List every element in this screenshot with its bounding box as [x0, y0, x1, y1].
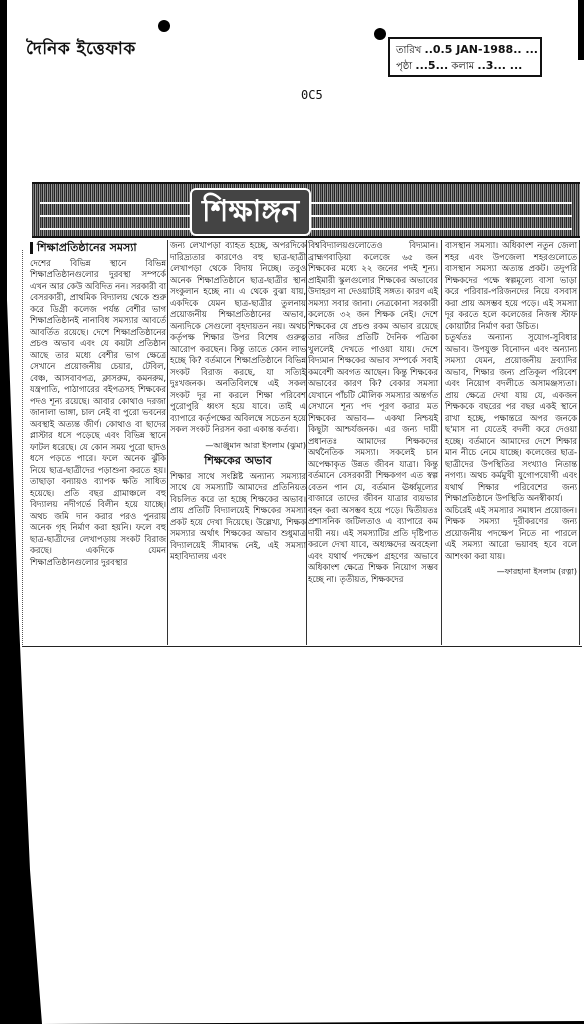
- punch-hole: [158, 20, 170, 32]
- article1-byline: —আঞ্জুমান আরা ইসলাম (ঝুমা): [170, 440, 306, 452]
- stamp-column-label: কলাম: [451, 61, 474, 72]
- stamp-page-label: পৃষ্ঠা: [396, 61, 412, 72]
- clipping-bottom-edge: [22, 646, 582, 647]
- column-4: বাসস্থান সমস্যা। অধিকাংশ নতুন জেলা শহর এ…: [445, 240, 577, 582]
- column-divider: [579, 240, 580, 645]
- column-divider: [306, 240, 307, 645]
- stamp-page-row: পৃষ্ঠা ...5... কলাম ..3... ...: [396, 58, 534, 74]
- article1-body-part2: জন্য লেখাপড়া ব্যাহত হচ্ছে, অপরদিকে দারি…: [170, 240, 306, 436]
- article2-byline: —ফারহানা ইসলাম (রত্না): [445, 566, 577, 578]
- article2-body-part2: বিশ্ববিদ্যালয়গুলোতেও বিদ্যমান। ব্রাহ্মণ…: [308, 240, 438, 585]
- stamp-date-label: তারিখ: [396, 45, 421, 56]
- column-1: শিক্ষাপ্রতিষ্ঠানের সমস্যা দেশের বিভিন্ন …: [30, 240, 166, 568]
- article2-body-part1: শিক্ষার সাথে সংশ্লিষ্ট অন্যান্য সমস্যার …: [170, 471, 306, 563]
- column-2: জন্য লেখাপড়া ব্যাহত হচ্ছে, অপরদিকে দারি…: [170, 240, 306, 563]
- section-banner: শিক্ষাঙ্গন: [32, 182, 580, 238]
- article2-body-part4: চতুর্থতঃ অন্যান্য সুযোগ-সুবিধার অভাব। উপ…: [445, 332, 577, 505]
- column-divider: [441, 240, 442, 645]
- archive-code: 0C5: [301, 88, 323, 102]
- column-3: বিশ্ববিদ্যালয়গুলোতেও বিদ্যমান। ব্রাহ্মণ…: [308, 240, 438, 585]
- article1-body-part1: দেশের বিভিন্ন স্থানে বিভিন্ন শিক্ষাপ্রতি…: [30, 258, 166, 569]
- punch-hole: [374, 28, 386, 40]
- article2-headline: শিক্ষকের অভাব: [170, 455, 306, 467]
- article1-headline: শিক্ষাপ্রতিষ্ঠানের সমস্যা: [30, 242, 166, 254]
- stamp-page-value: ...5...: [415, 59, 448, 72]
- scan-border-left: [0, 0, 8, 1024]
- newspaper-clipping: শিক্ষাঙ্গন শিক্ষাপ্রতিষ্ঠানের সমস্যা দেশ…: [22, 182, 582, 654]
- stamp-date-value: ..0.5 JAN-1988.. ...: [425, 43, 538, 56]
- column-edge: [22, 250, 25, 645]
- article-columns: শিক্ষাপ্রতিষ্ঠানের সমস্যা দেশের বিভিন্ন …: [22, 240, 582, 650]
- article2-body-part3: বাসস্থান সমস্যা। অধিকাংশ নতুন জেলা শহর এ…: [445, 240, 577, 332]
- stamp-date-row: তারিখ ..0.5 JAN-1988.. ...: [396, 42, 534, 58]
- section-title: শিক্ষাঙ্গন: [190, 188, 311, 236]
- article2-body-part5: অচিরেই এই সমস্যার সমাধান প্রয়োজন। শিক্ষ…: [445, 505, 577, 563]
- column-divider: [167, 240, 168, 645]
- scanned-page: দৈনিক ইত্তেফাক তারিখ ..0.5 JAN-1988.. ..…: [0, 0, 584, 1024]
- stamp-column-value: ..3... ...: [477, 59, 522, 72]
- archive-stamp: তারিখ ..0.5 JAN-1988.. ... পৃষ্ঠা ...5..…: [388, 37, 542, 77]
- scan-border-right: [578, 0, 584, 60]
- newspaper-name: দৈনিক ইত্তেফাক: [26, 36, 136, 64]
